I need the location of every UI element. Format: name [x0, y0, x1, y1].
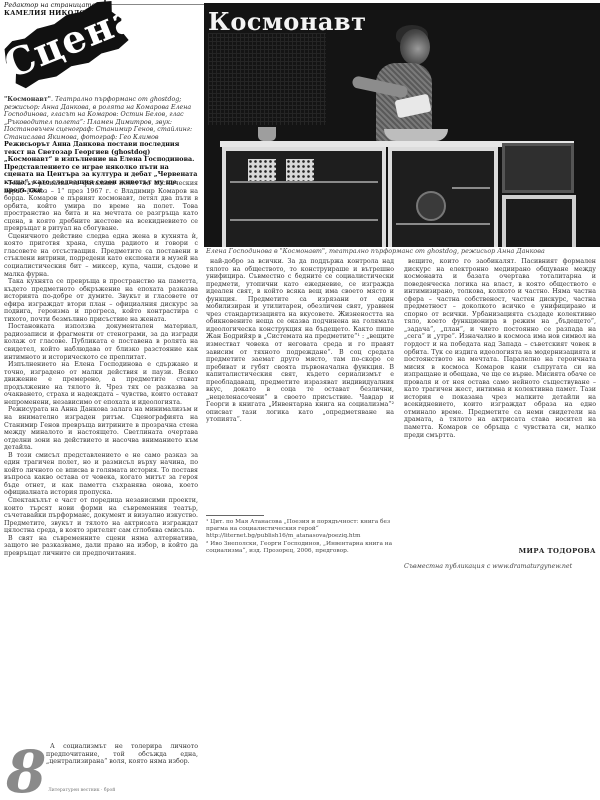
glass-cabinet-left [222, 147, 386, 247]
paragraph: Спектакълът е част от поредица независим… [4, 497, 198, 535]
source-note: Съвместна публикация с www.dramaturgynew… [404, 563, 596, 570]
glass-cabinet-right [502, 195, 576, 247]
dotted-tin [248, 159, 276, 181]
body-column-3: вещите, които го заобикалят. Пасивният ф… [404, 258, 596, 498]
body-column-1: Текстът разказва за фаталния полет на ко… [4, 180, 198, 736]
paragraph: В свят на съвременните сцени няма алтерн… [4, 535, 198, 558]
toaster-oven [502, 143, 574, 193]
footnote: ¹ Цит. по Мая Атанасова „Поезия и порядъ… [206, 519, 394, 540]
credits-text: . Театрално пърформанс от ghostdog; режи… [4, 96, 192, 141]
body-column-1-tail: А социализмът не толерира личното предпо… [46, 743, 198, 783]
production-credits: "Космонавт". Театрално пърформанс от gho… [4, 96, 198, 142]
glass-cabinet-middle [388, 147, 498, 247]
pot [416, 191, 446, 221]
backdrop-grid [208, 33, 326, 125]
paragraph: В този смисъл представлението е не само … [4, 452, 198, 497]
page-number: 8 [6, 744, 46, 800]
paragraph: Изпълнението на Елена Господинова е сдър… [4, 361, 198, 406]
shelf [230, 181, 378, 183]
dish-rack [452, 187, 490, 189]
paragraph: Постановката използва документален матер… [4, 323, 198, 361]
author-byline: МИРА ТОДОРОВА [404, 547, 596, 555]
paragraph: А социализмът не толерира личното предпо… [46, 743, 198, 766]
shelf [230, 219, 378, 221]
body-column-2: най-добро за всички. За да поддържа конт… [206, 258, 394, 466]
dotted-tin [286, 159, 314, 181]
paragraph: най-добро за всички. За да поддържа конт… [206, 258, 394, 424]
paragraph: Текстът разказва за фаталния полет на ко… [4, 180, 198, 233]
footnote-rule [206, 515, 264, 516]
footnote: ² Иво Знеполски, Георги Господинов, „Инв… [206, 541, 394, 555]
photo-caption: Елена Господинова в "Космонавт", театрал… [206, 247, 596, 255]
cup [258, 127, 276, 141]
shelf [396, 223, 490, 225]
article-photo: Космонавт [204, 3, 600, 247]
performer-head [400, 29, 430, 65]
article-title: Космонавт [208, 7, 366, 36]
paragraph: Режисурата на Анна Данкова залага на мин… [4, 406, 198, 451]
paragraph: Така кухнята се превръща в пространство … [4, 278, 198, 323]
paragraph: вещите, които го заобикалят. Пасивният ф… [404, 258, 596, 439]
paragraph: Сценичното действие следва една жена в к… [4, 233, 198, 278]
mixing-bowl [384, 129, 448, 141]
footnotes: ¹ Цит. по Мая Атанасова „Поезия и порядъ… [206, 519, 394, 556]
credits-title: "Космонавт" [4, 96, 51, 103]
folio-line: Литературен вестник · брой [48, 788, 115, 793]
